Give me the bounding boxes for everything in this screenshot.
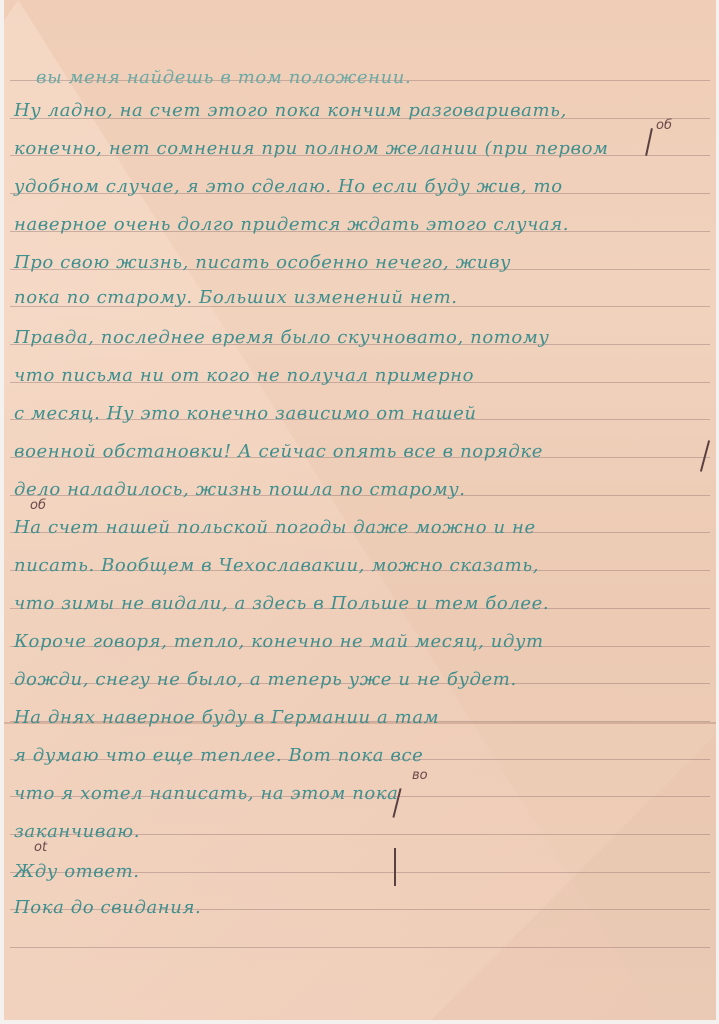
letter-line: На днях наверное буду в Германии а там xyxy=(14,707,439,728)
letter-line: пока по старому. Больших изменений нет. xyxy=(14,287,458,308)
letter-line: я думаю что еще теплее. Вот пока все xyxy=(14,745,423,766)
letter-line: писать. Вообщем в Чехославакии, можно ск… xyxy=(14,555,539,576)
letter-line: Жду ответ. xyxy=(14,861,140,882)
letter-line: наверное очень долго придется ждать этог… xyxy=(14,214,569,235)
letter-line: Короче говоря, тепло, конечно не май мес… xyxy=(14,631,544,652)
letter-line: Правда, последнее время было скучновато,… xyxy=(14,327,549,348)
correction-mark xyxy=(700,440,710,471)
letter-line: военной обстановки! А сейчас опять все в… xyxy=(14,441,543,462)
correction-mark xyxy=(645,128,653,156)
margin-annotation: об xyxy=(656,118,672,133)
margin-annotation: ot xyxy=(34,840,47,855)
letter-line: что я хотел написать, на этом пока xyxy=(14,783,399,804)
letter-line: вы меня найдешь в том положении. xyxy=(36,67,411,88)
letter-line: что письма ни от кого не получал примерн… xyxy=(14,365,474,386)
letter-line: удобном случае, я это сделаю. Но если бу… xyxy=(14,176,563,197)
letter-line: что зимы не видали, а здесь в Польше и т… xyxy=(14,593,549,614)
letter-line: конечно, нет сомнения при полном желании… xyxy=(14,138,609,159)
correction-mark xyxy=(394,848,396,886)
letter-line: с месяц. Ну это конечно зависимо от наше… xyxy=(14,403,477,424)
letter-line: Про свою жизнь, писать особенно нечего, … xyxy=(14,252,511,273)
letter-line: дело наладилось, жизнь пошла по старому. xyxy=(14,479,466,500)
margin-annotation: об xyxy=(30,498,46,513)
letter-closing: Пока до свидания. xyxy=(14,897,201,918)
letter-sheet: вы меня найдешь в том положении. Ну ладн… xyxy=(4,0,716,1020)
ruled-line xyxy=(10,947,710,948)
letter-line: Ну ладно, на счет этого пока кончим разг… xyxy=(14,100,567,121)
letter-line: На счет нашей польской погоды даже можно… xyxy=(14,517,536,538)
margin-annotation: во xyxy=(412,768,428,783)
letter-line: дожди, снегу не было, а теперь уже и не … xyxy=(14,669,517,690)
letter-line: заканчиваю. xyxy=(14,821,140,842)
